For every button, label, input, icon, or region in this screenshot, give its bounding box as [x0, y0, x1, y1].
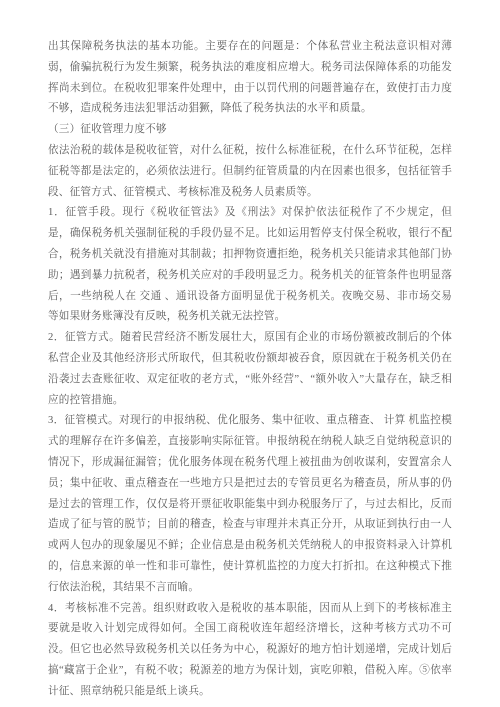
section-heading: （三）征收管理力度不够 [48, 120, 452, 141]
list-item-4: 4．考核标准不完善。组织财政收入是税收的基本职能，因而从上到下的考核标准主要就是… [48, 599, 452, 703]
paragraph-overview: 依法治税的载体是税收征管，对什么征税，按什么标准征税，在什么环节征税，怎样征税等… [48, 141, 452, 203]
document-content: 出其保障税务执法的基本功能。主要存在的问题是：个体私营业主税法意识相对薄弱，偷骗… [48, 37, 452, 703]
list-item-2: 2．征管方式。随着民营经济不断发展壮大，原国有企业的市场份额被改制后的个体私营企… [48, 328, 452, 411]
list-item-3: 3．征管模式。对现行的申报纳税、优化服务、集中征收、重点稽查、 计算 机监控模式… [48, 411, 452, 598]
paragraph-intro: 出其保障税务执法的基本功能。主要存在的问题是：个体私营业主税法意识相对薄弱，偷骗… [48, 37, 452, 120]
document-page: 出其保障税务执法的基本功能。主要存在的问题是：个体私营业主税法意识相对薄弱，偷骗… [0, 0, 500, 707]
list-item-1: 1．征管手段。现行《税收征管法》及《刑法》对保护依法征税作了不少规定，但是，确保… [48, 203, 452, 328]
